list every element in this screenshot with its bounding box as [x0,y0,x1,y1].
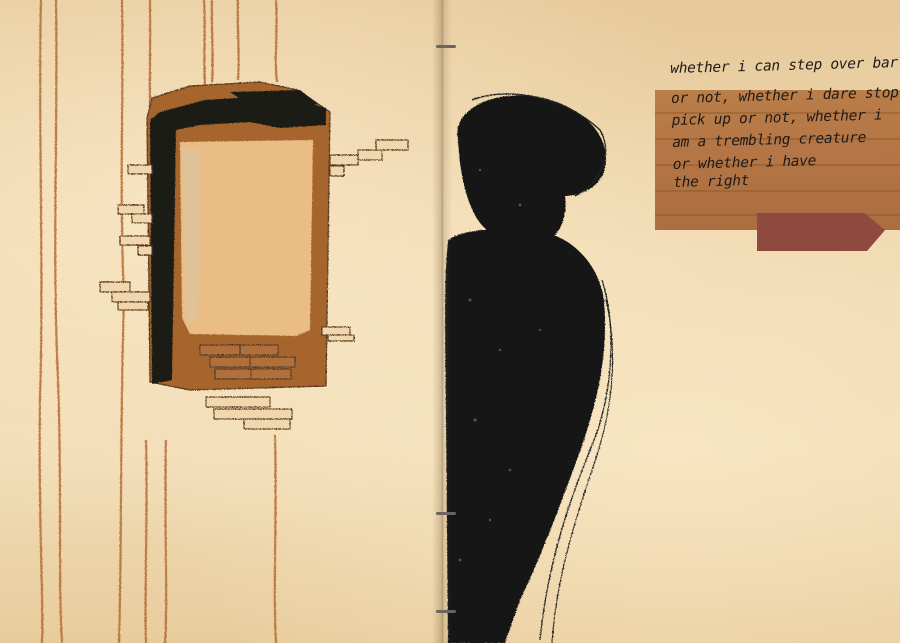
binding-ring [436,512,456,515]
binding-ring [436,610,456,613]
figure-silhouette [445,94,612,643]
arrow-tab [757,213,885,251]
window-drawing [147,82,330,390]
handwritten-text: whether i can step over bar or not, whet… [670,52,900,194]
binding-ring [436,45,456,48]
sketchbook-spread: whether i can step over bar or not, whet… [0,0,900,643]
book-gutter [432,0,452,643]
